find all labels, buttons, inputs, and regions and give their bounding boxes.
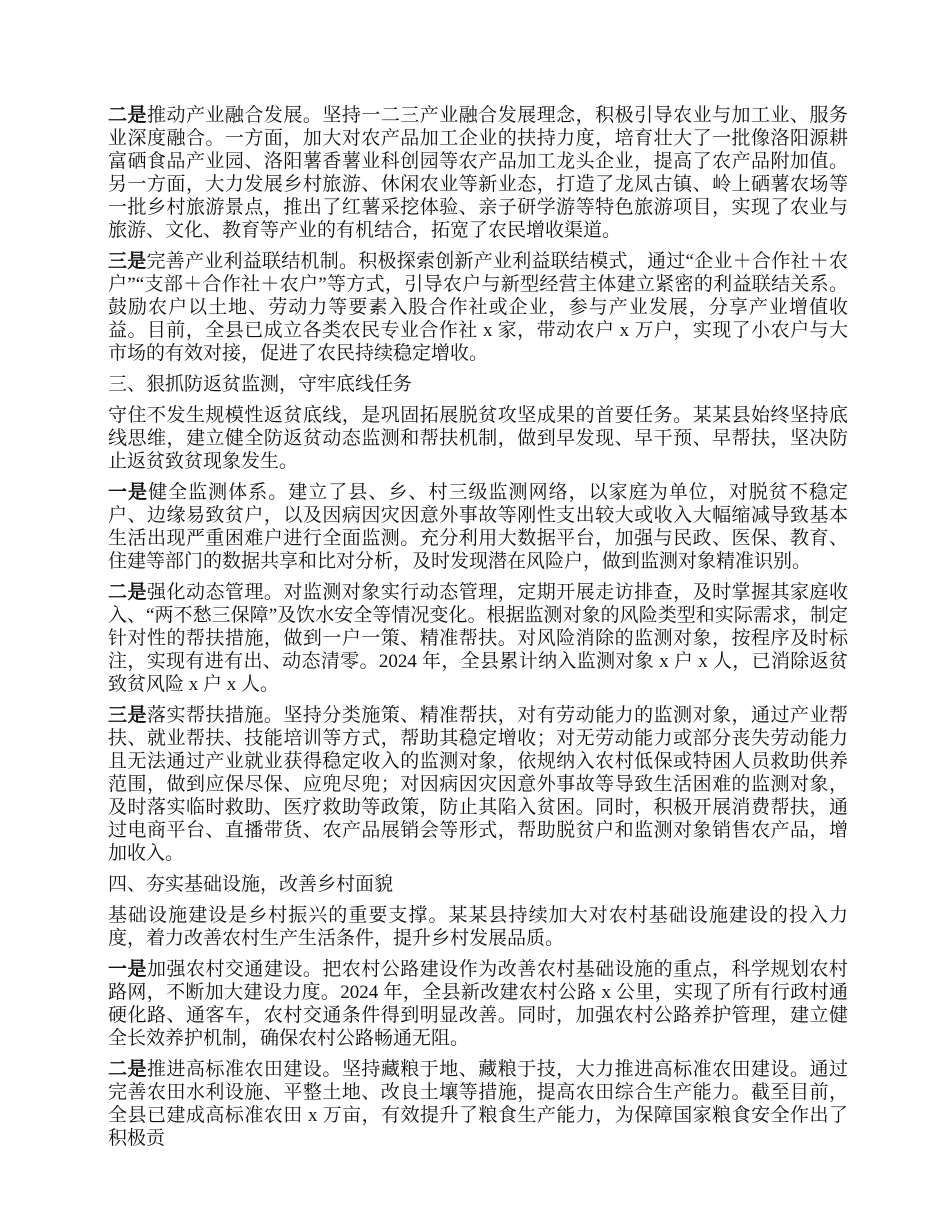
paragraph-text: 推动产业融合发展。坚持一二三产业融合发展理念，积极引导农业与加工业、服务业深度融… [108,105,848,241]
paragraph-text: 加强农村交通建设。把农村公路建设作为改善农村基础设施的重点，科学规划农村路网，不… [108,959,848,1049]
paragraph-text: 完善产业利益联结机制。积极探索创新产业利益联结模式，通过“企业＋合作社＋农户”“… [108,251,848,364]
paragraph: 一是健全监测体系。建立了县、乡、村三级监测网络，以家庭为单位，对脱贫不稳定户、边… [108,481,848,573]
paragraph-text: 落实帮扶措施。坚持分类施策、精准帮扶，对有劳动能力的监测对象，通过产业帮扶、就业… [108,705,848,864]
paragraph-text: 推进高标准农田建设。坚持藏粮于地、藏粮于技，大力推进高标准农田建设。通过完善农田… [108,1059,848,1149]
paragraph-text: 健全监测体系。建立了县、乡、村三级监测网络，以家庭为单位，对脱贫不稳定户、边缘易… [108,482,848,572]
paragraph-lead: 二是 [108,582,147,603]
paragraph-lead: 三是 [108,251,147,272]
paragraph-text: 强化动态管理。对监测对象实行动态管理，定期开展走访排查，及时掌握其家庭收入、“两… [108,582,848,695]
paragraph-lead: 三是 [108,705,147,726]
section-heading-text: 三、狠抓防返贫监测，守牢底线任务 [108,374,412,395]
paragraph: 守住不发生规模性返贫底线，是巩固拓展脱贫攻坚成果的首要任务。某某县始终坚持底线思… [108,404,848,473]
paragraph: 二是强化动态管理。对监测对象实行动态管理，定期开展走访排查，及时掌握其家庭收入、… [108,581,848,696]
paragraph: 基础设施建设是乡村振兴的重要支撑。某某县持续加大对农村基础设施建设的投入力度，着… [108,904,848,950]
document-page: 二是推动产业融合发展。坚持一二三产业融合发展理念，积极引导农业与加工业、服务业深… [108,104,848,1150]
paragraph-lead: 二是 [108,1059,147,1080]
paragraph: 二是推进高标准农田建设。坚持藏粮于地、藏粮于技，大力推进高标准农田建设。通过完善… [108,1058,848,1150]
paragraph: 一是加强农村交通建设。把农村公路建设作为改善农村基础设施的重点，科学规划农村路网… [108,958,848,1050]
paragraph-lead: 一是 [108,959,147,980]
paragraph: 三是落实帮扶措施。坚持分类施策、精准帮扶，对有劳动能力的监测对象，通过产业帮扶、… [108,704,848,865]
paragraph: 三是完善产业利益联结机制。积极探索创新产业利益联结模式，通过“企业＋合作社＋农户… [108,250,848,365]
paragraph-text: 基础设施建设是乡村振兴的重要支撑。某某县持续加大对农村基础设施建设的投入力度，着… [108,905,848,949]
paragraph-lead: 二是 [108,105,147,126]
paragraph-lead: 一是 [108,482,148,503]
section-heading-text: 四、夯实基础设施，改善乡村面貌 [108,874,393,895]
paragraph-text: 守住不发生规模性返贫底线，是巩固拓展脱贫攻坚成果的首要任务。某某县始终坚持底线思… [108,405,848,472]
paragraph: 二是推动产业融合发展。坚持一二三产业融合发展理念，积极引导农业与加工业、服务业深… [108,104,848,242]
section-heading: 三、狠抓防返贫监测，守牢底线任务 [108,373,848,396]
section-heading: 四、夯实基础设施，改善乡村面貌 [108,873,848,896]
